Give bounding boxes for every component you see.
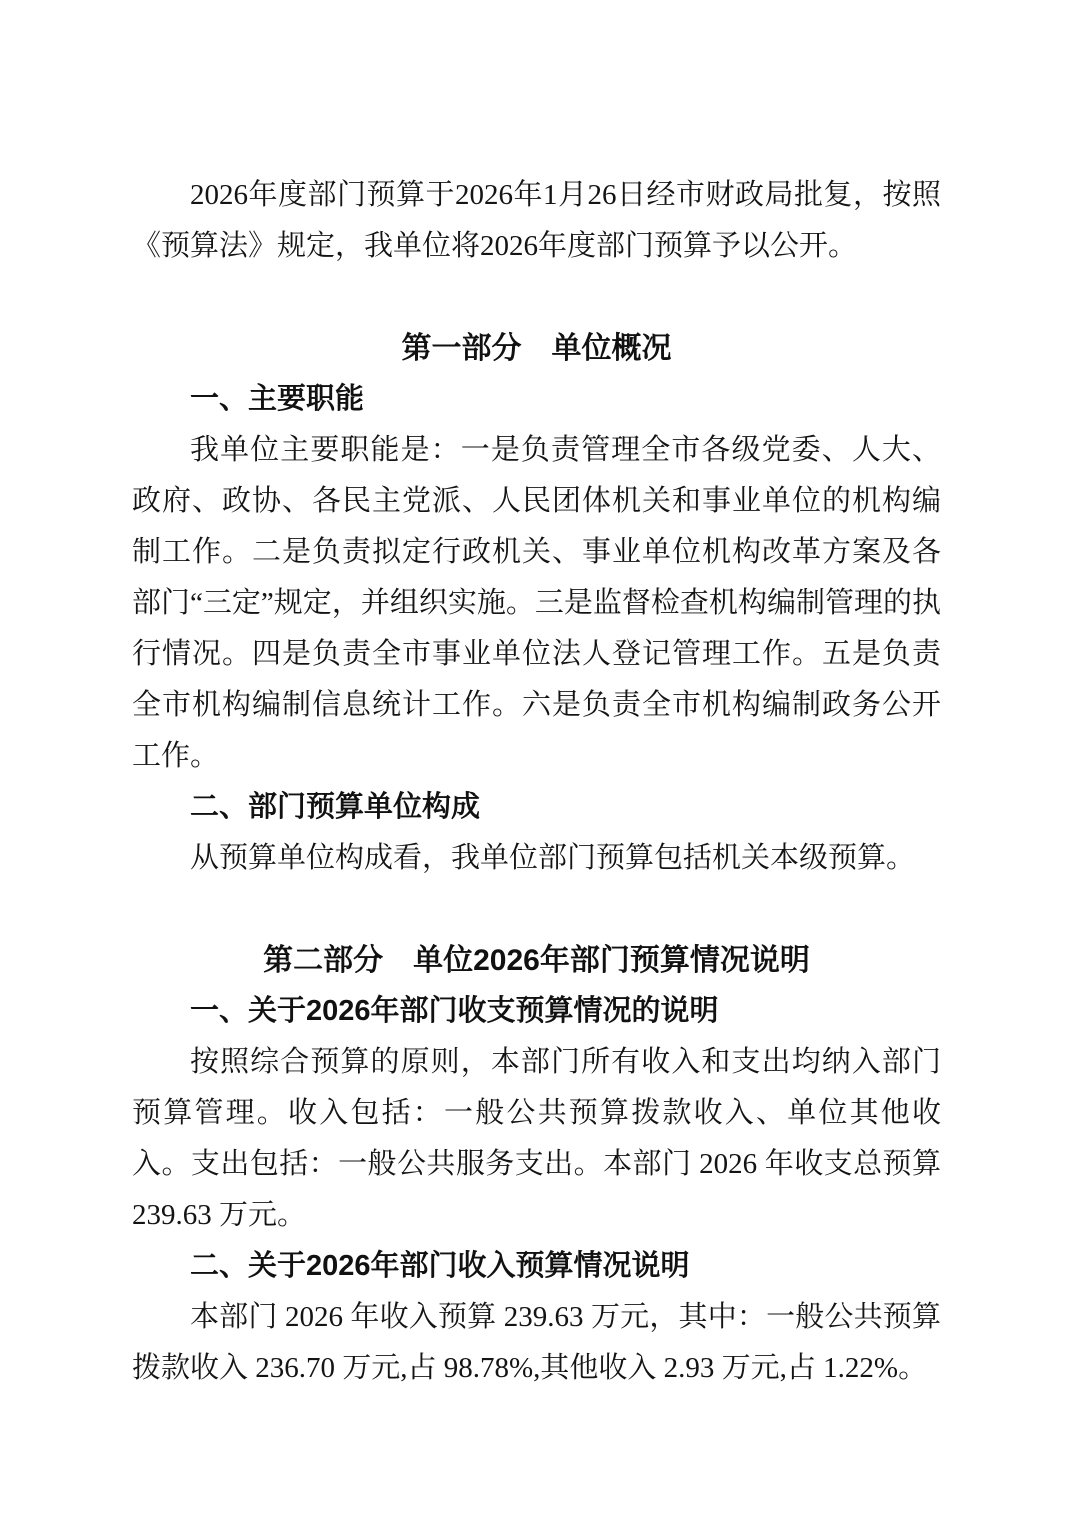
part2-section2-heading: 二、关于2026年部门收入预算情况说明: [132, 1241, 941, 1292]
part1-section1-body: 我单位主要职能是：一是负责管理全市各级党委、人大、政府、政协、各民主党派、人民团…: [132, 425, 941, 782]
part2-section2-body: 本部门 2026 年收入预算 239.63 万元，其中：一般公共预算拨款收入 2…: [132, 1292, 941, 1394]
part1-section2-heading: 二、部门预算单位构成: [132, 782, 941, 833]
part1-title: 第一部分 单位概况: [132, 323, 941, 374]
intro-paragraph: 2026年度部门预算于2026年1月26日经市财政局批复，按照《预算法》规定，我…: [132, 170, 941, 272]
part1-section1-heading: 一、主要职能: [132, 374, 941, 425]
blank-line: [132, 272, 941, 323]
part2-title: 第二部分 单位2026年部门预算情况说明: [132, 935, 941, 986]
part2-section1-heading: 一、关于2026年部门收支预算情况的说明: [132, 986, 941, 1037]
part1-section2-body: 从预算单位构成看，我单位部门预算包括机关本级预算。: [132, 833, 941, 884]
part2-section1-body: 按照综合预算的原则，本部门所有收入和支出均纳入部门预算管理。收入包括：一般公共预…: [132, 1037, 941, 1241]
document-page: 2026年度部门预算于2026年1月26日经市财政局批复，按照《预算法》规定，我…: [0, 0, 1069, 1514]
blank-line: [132, 884, 941, 935]
